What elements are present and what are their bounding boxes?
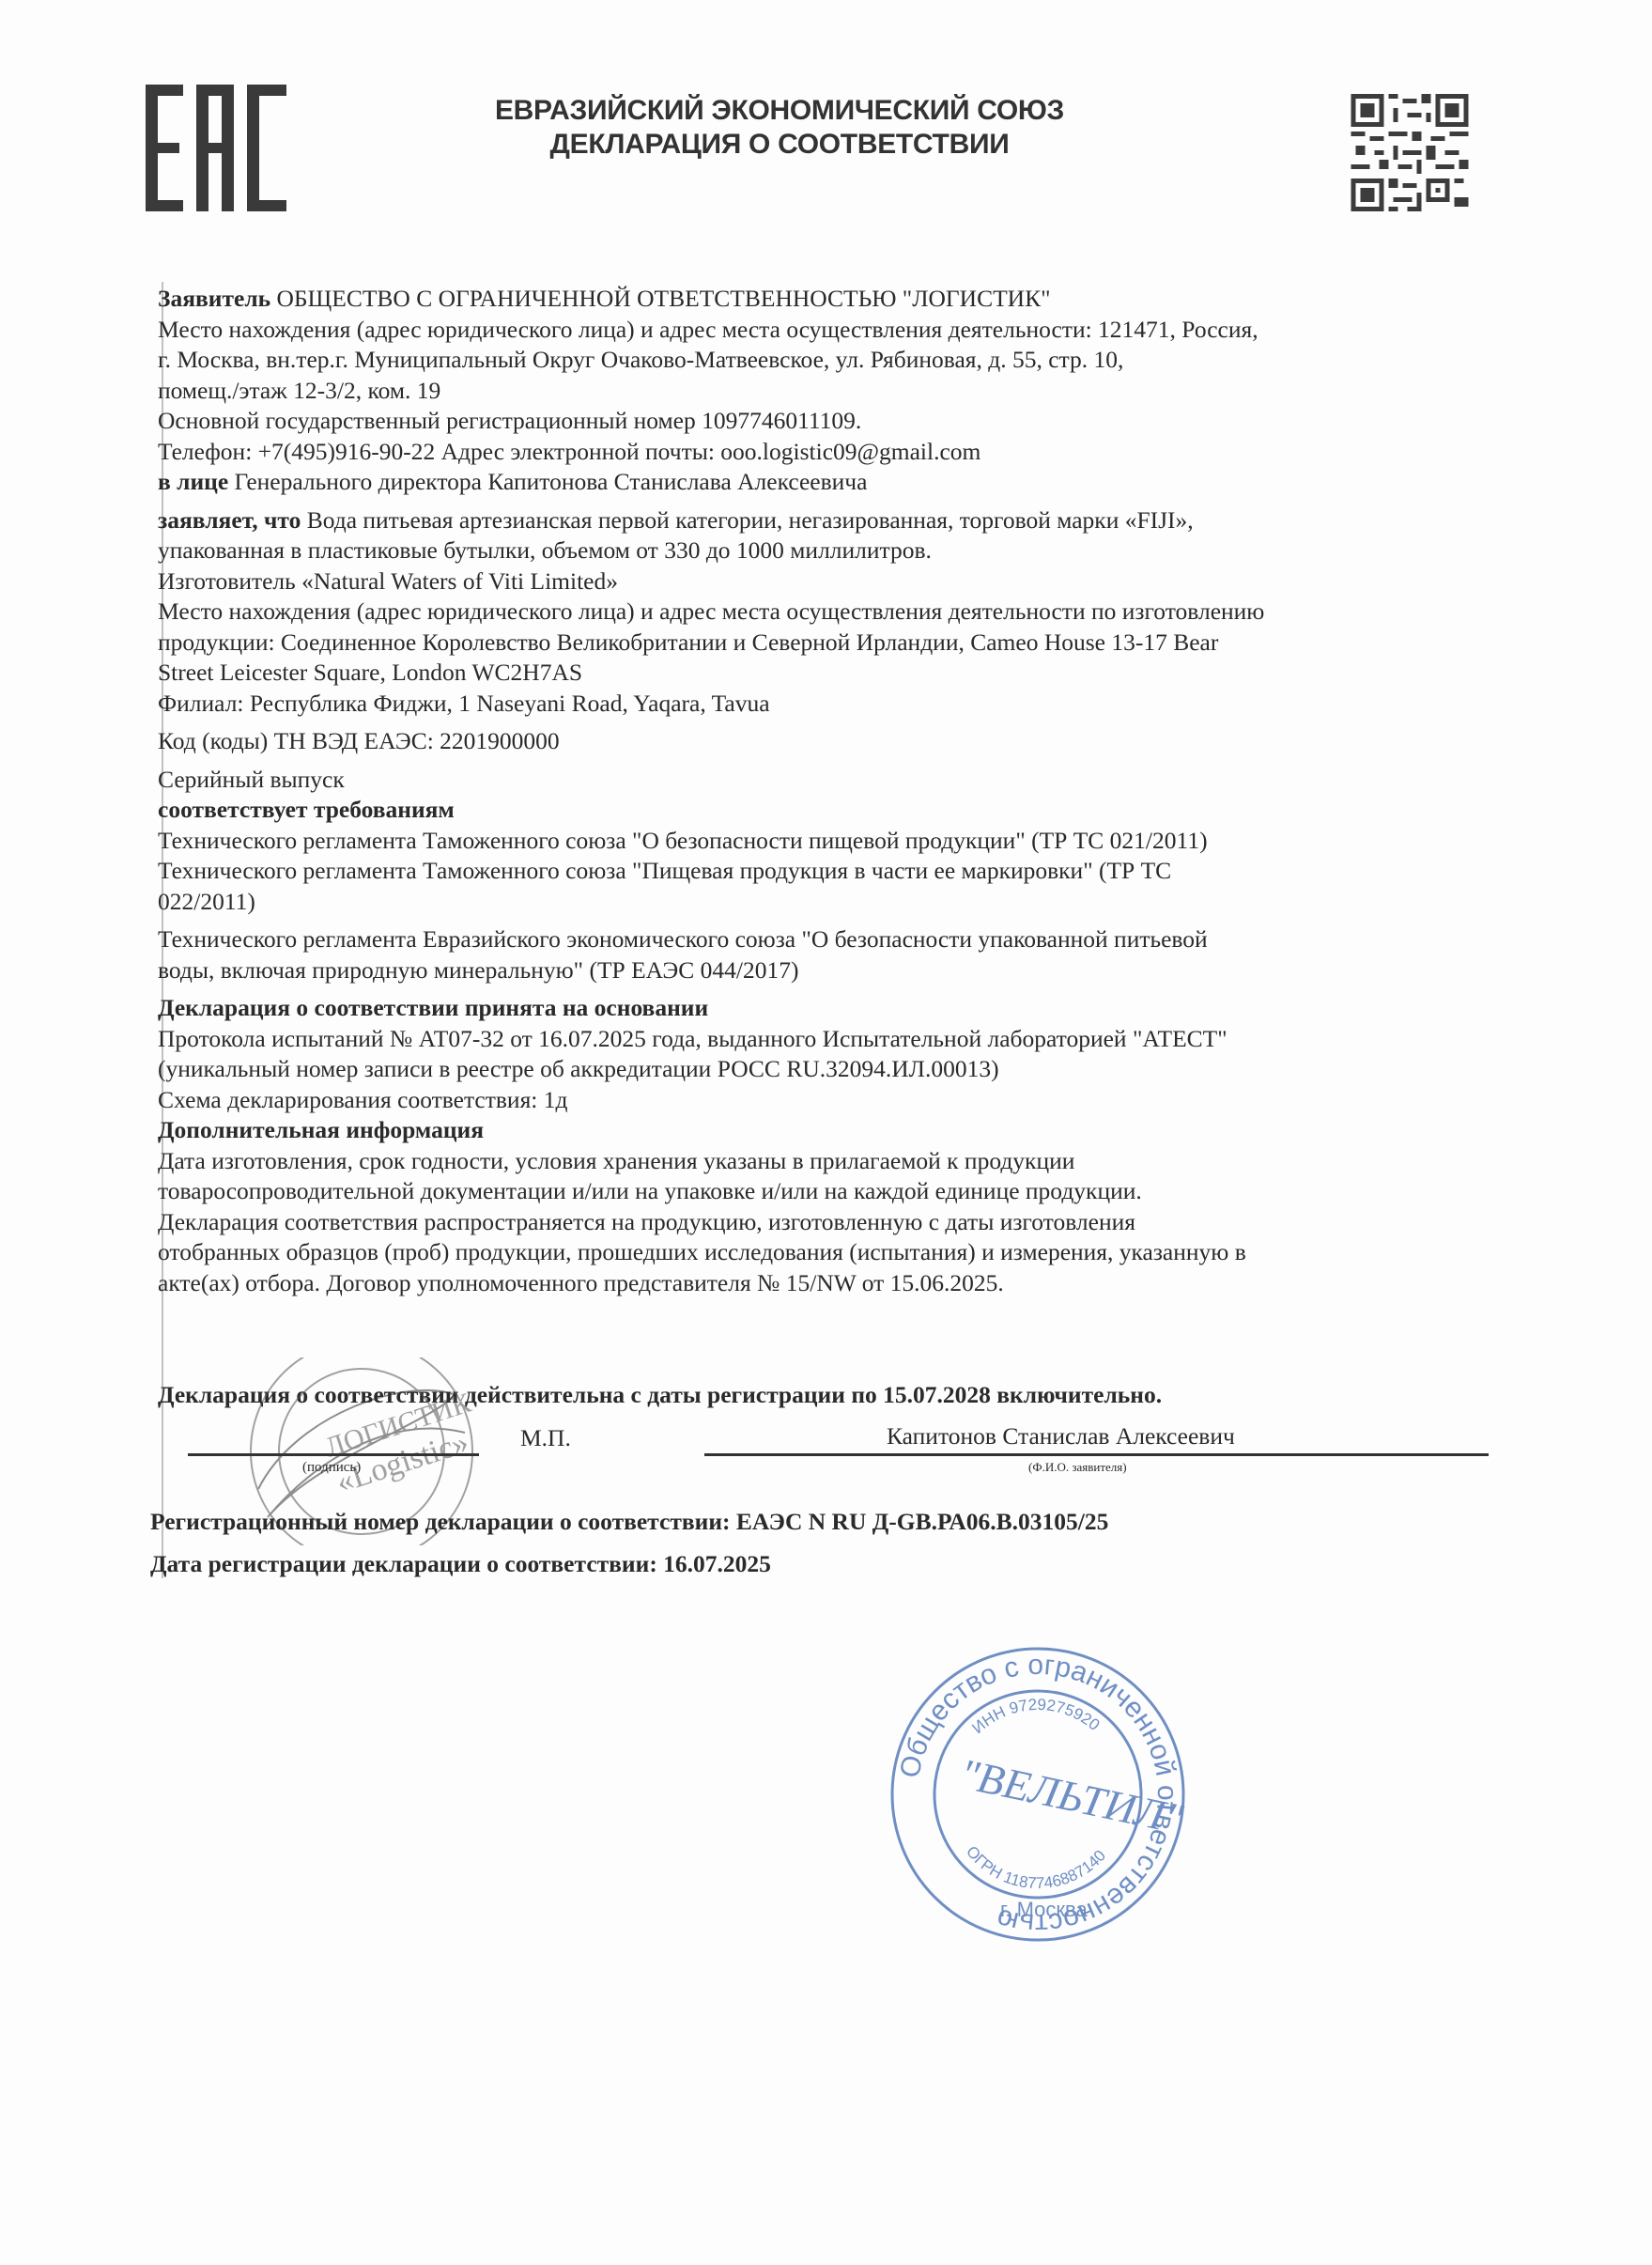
basis-heading: Декларация о соответствии принята на осн… [158,993,1510,1024]
document-title: ЕВРАЗИЙСКИЙ ЭКОНОМИЧЕСКИЙ СОЮЗ ДЕКЛАРАЦИ… [357,94,1202,162]
eac-logo-icon [146,85,286,211]
registration-number: Регистрационный номер декларации о соотв… [150,1508,1108,1536]
signer-name: Капитонов Станислав Алексеевич [887,1422,1235,1451]
requirement-item: Технического регламента Евразийского эко… [158,924,1510,955]
declaration-scheme: Схема декларирования соответствия: 1д [158,1085,1510,1116]
product-description: Вода питьевая артезианская первой катего… [301,506,1193,534]
additional-line: акте(ах) отбора. Договор уполномоченного… [158,1268,1510,1299]
applicant-label: Заявитель [158,285,270,312]
signature-line [188,1453,479,1456]
applicant-address-1: Место нахождения (адрес юридического лиц… [158,315,1510,346]
additional-line: Дата изготовления, срок годности, услови… [158,1146,1510,1177]
registration-date: Дата регистрации декларации о соответств… [150,1550,771,1578]
product-line-2: упакованная в пластиковые бутылки, объем… [158,535,1510,566]
signer-name-line [704,1453,1489,1456]
requirement-item: Технического регламента Таможенного союз… [158,826,1510,857]
additional-line: товаросопроводительной документации и/ил… [158,1176,1510,1207]
product-line-1: заявляет, что Вода питьевая артезианская… [158,505,1510,536]
representative-label: в лице [158,468,228,495]
additional-line: отобранных образцов (проб) продукции, пр… [158,1237,1510,1268]
basis-protocol: Протокола испытаний № АТ07-32 от 16.07.2… [158,1024,1510,1055]
manufacturer-address-1: Место нахождения (адрес юридического лиц… [158,597,1510,628]
applicant-name: ОБЩЕСТВО С ОГРАНИЧЕННОЙ ОТВЕТСТВЕННОСТЬЮ… [270,285,1050,312]
svg-text:г. Москва: г. Москва [1000,1898,1088,1921]
applicant-address-2: г. Москва, вн.тер.г. Муниципальный Округ… [158,345,1510,376]
declares-label: заявляет, что [158,506,301,534]
representative-line: в лице Генерального директора Капитонова… [158,467,1510,498]
applicant-ogrn: Основной государственный регистрационный… [158,406,1510,437]
additional-heading: Дополнительная информация [158,1115,1510,1146]
requirement-item: 022/2011) [158,887,1510,918]
requirement-item: Технического регламента Таможенного союз… [158,856,1510,887]
union-title: ЕВРАЗИЙСКИЙ ЭКОНОМИЧЕСКИЙ СОЮЗ [357,94,1202,128]
additional-line: Декларация соответствия распространяется… [158,1207,1510,1238]
applicant-contacts: Телефон: +7(495)916-90-22 Адрес электрон… [158,437,1510,468]
seal-place-label: М.П. [520,1424,571,1452]
manufacturer: Изготовитель «Natural Waters of Viti Lim… [158,566,1510,597]
signature-caption: (подпись) [302,1460,361,1476]
qr-code-icon[interactable] [1350,94,1470,211]
applicant-line: Заявитель ОБЩЕСТВО С ОГРАНИЧЕННОЙ ОТВЕТС… [158,284,1510,315]
declaration-page: ЕВРАЗИЙСКИЙ ЭКОНОМИЧЕСКИЙ СОЮЗ ДЕКЛАРАЦИ… [0,0,1652,2265]
applicant-address-3: помещ./этаж 12-3/2, ком. 19 [158,376,1510,407]
declaration-title: ДЕКЛАРАЦИЯ О СООТВЕТСТВИИ [357,128,1202,162]
hs-code: Код (коды) ТН ВЭД ЕАЭС: 2201900000 [158,726,1510,757]
manufacturer-address-2: продукции: Соединенное Королевство Велик… [158,628,1510,659]
branch: Филиал: Республика Фиджи, 1 Naseyani Roa… [158,689,1510,720]
requirement-item: воды, включая природную минеральную" (ТР… [158,955,1510,986]
manufacturer-address-3: Street Leicester Square, London WC2H7AS [158,658,1510,689]
requirements-heading: соответствует требованиям [158,795,1510,826]
company-seal-veltil-icon: Общество с ограниченной ответственностью… [883,1639,1193,1949]
release-type: Серийный выпуск [158,765,1510,796]
representative-name: Генерального директора Капитонова Станис… [228,468,867,495]
declaration-body: Заявитель ОБЩЕСТВО С ОГРАНИЧЕННОЙ ОТВЕТС… [158,284,1510,1298]
basis-accreditation: (уникальный номер записи в реестре об ак… [158,1054,1510,1085]
signer-name-caption: (Ф.И.О. заявителя) [1028,1460,1127,1475]
